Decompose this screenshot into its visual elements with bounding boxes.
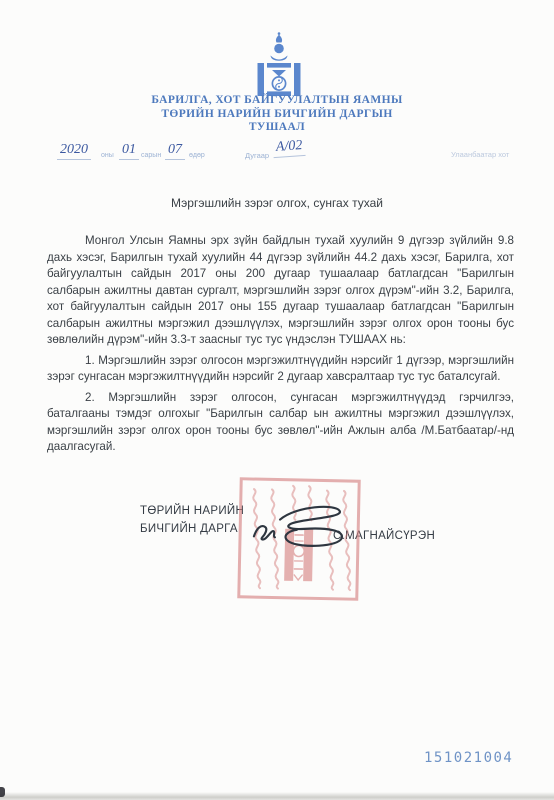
document-header: БАРИЛГА, ХОТ БАЙГУУЛАЛТЫН ЯАМНЫ ТӨРИЙН Н… [0,94,554,135]
org-name-line2: ТӨРИЙН НАРИЙН БИЧГИЙН ДАРГЫН [0,108,554,122]
document-body: Монгол Улсын Яамны эрх зүйн байдлын туха… [47,233,514,456]
handwritten-month: 01 [119,142,139,160]
handwritten-signature-icon [246,499,358,555]
order-item-1: 1. Мэргэшлийн зэрэг олгосон мэргэжилтнүү… [47,353,514,386]
year-label: оны [101,152,114,159]
position-line2: БИЧГИЙН ДАРГА [140,520,244,538]
handwritten-doc-number: А/02 [272,138,306,158]
org-name-line1: БАРИЛГА, ХОТ БАЙГУУЛАЛТЫН ЯАМНЫ [0,94,554,108]
position-line1: ТӨРИЙН НАРИЙН [140,502,244,520]
document-code-stamp: 151021004 [424,750,513,766]
soyombo-state-emblem-icon [256,32,302,96]
preamble-paragraph: Монгол Улсын Яамны эрх зүйн байдлын туха… [47,233,514,349]
handwritten-year: 2020 [57,142,91,160]
doc-type-label: ТУШААЛ [0,121,554,135]
month-label: сарын [141,152,161,159]
city-label: Улаанбаатар хот [451,150,509,159]
handwritten-day: 07 [165,142,185,160]
order-item-2: 2. Мэргэшлийн зэрэг олгосон, сунгасан мэ… [47,390,514,456]
scanned-document-page: БАРИЛГА, ХОТ БАЙГУУЛАЛТЫН ЯАМНЫ ТӨРИЙН Н… [0,0,554,800]
scan-bottom-edge-shadow [0,792,554,800]
signatory-position: ТӨРИЙН НАРИЙН БИЧГИЙН ДАРГА [140,502,244,538]
scan-corner-artifact [0,787,5,797]
dateline: 2020 оны 01 сарын 07 өдөр Дугаар А/02 Ул… [57,141,527,169]
document-title: Мэргэшлийн зэрэг олгох, сунгах тухай [0,196,554,210]
doc-number-label: Дугаар [245,151,269,160]
day-label: өдөр [189,152,205,159]
